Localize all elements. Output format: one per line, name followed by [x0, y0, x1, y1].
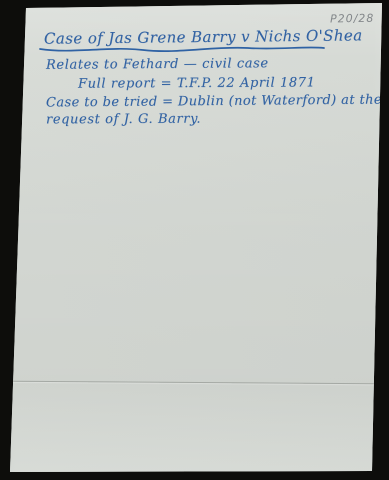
heading-underline — [38, 42, 326, 56]
archive-reference: P20/28 — [330, 12, 382, 26]
note-line: request of J. G. Barry. — [46, 112, 201, 128]
scan-background: P20/28 Case of Jas Grene Barry v Nichs O… — [0, 0, 389, 480]
paper-crease — [12, 381, 378, 385]
note-line: Case to be tried = Dublin (not Waterford… — [46, 93, 382, 111]
note-line: Full report = T.F.P. 22 April 1871 — [78, 75, 315, 91]
paper-page: P20/28 Case of Jas Grene Barry v Nichs O… — [0, 0, 389, 480]
note-line: Relates to Fethard — civil case — [46, 56, 269, 73]
